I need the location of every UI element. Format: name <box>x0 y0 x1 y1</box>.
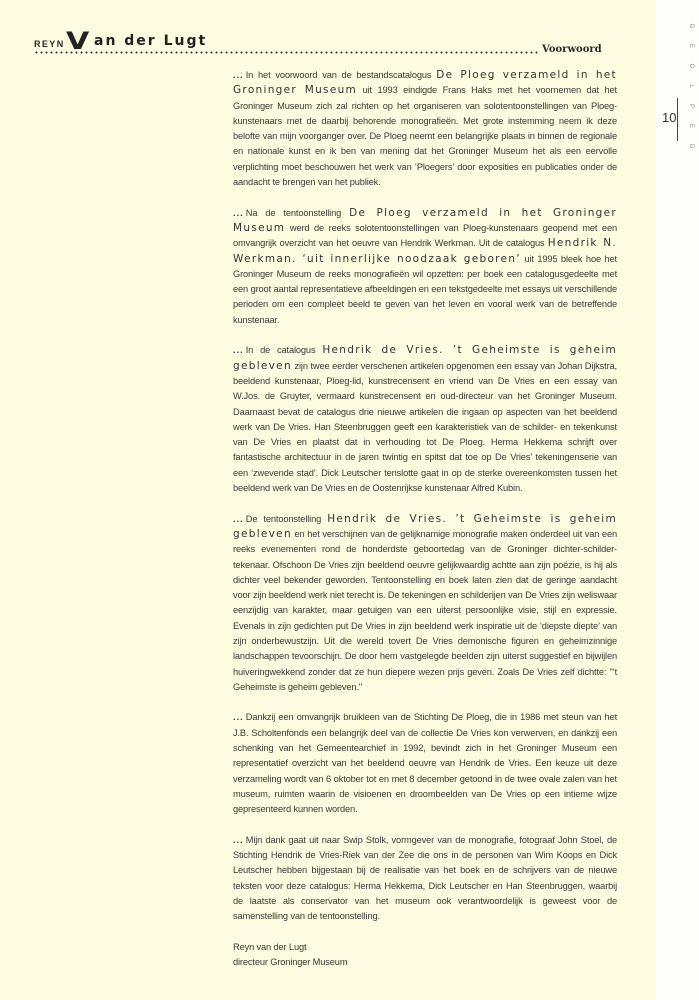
ellipsis-lead: ... <box>233 70 244 80</box>
paragraph: ...In de catalogus Hendrik de Vries. ’t … <box>233 343 617 496</box>
ellipsis-lead: ... <box>233 712 244 722</box>
ellipsis-lead: ... <box>233 208 244 218</box>
author-surname: an der Lugt <box>94 33 207 49</box>
paragraph-list: ...In het voorwoord van de bestandscatal… <box>233 68 617 925</box>
vertical-letter: O <box>674 62 694 70</box>
vertical-letter: E <box>674 42 694 50</box>
author-first-name: REYN <box>34 39 65 49</box>
signature-role: directeur Groninger Museum <box>233 955 617 970</box>
ellipsis-lead: ... <box>233 835 244 845</box>
vertical-letter: D <box>674 142 694 150</box>
paragraph: ...Mijn dank gaat uit naar Swip Stolk, v… <box>233 833 617 925</box>
dotted-leader-line <box>34 51 540 54</box>
paragraph-text: zijn twee eerder verschenen artikelen op… <box>233 361 617 493</box>
paragraph-text: Na de tentoonstelling <box>246 208 349 218</box>
paragraph-text: In het voorwoord van de bestandscatalogu… <box>246 70 436 80</box>
paragraph-text: De tentoonstelling <box>246 514 327 524</box>
paragraph-text: Dankzij een omvangrijk bruikleen van de … <box>233 712 617 814</box>
vertical-running-title: GEOLPED <box>680 16 688 156</box>
paragraph: ...Na de tentoonstelling De Ploeg verzam… <box>233 206 617 328</box>
signature-block: Reyn van der Lugt directeur Groninger Mu… <box>233 940 617 971</box>
vertical-letter: E <box>674 122 694 130</box>
ellipsis-lead: ... <box>233 345 244 355</box>
paragraph-text: In de catalogus <box>246 345 323 355</box>
paragraph-text: Mijn dank gaat uit naar Swip Stolk, vorm… <box>233 835 617 921</box>
paragraph: ...De tentoonstelling Hendrik de Vries. … <box>233 512 617 696</box>
section-title: Voorwoord <box>542 44 602 55</box>
paragraph-text: en het verschijnen van de gelijknamige m… <box>233 529 617 692</box>
paragraph-text: uit 1993 eindigde Frans Haks met het voo… <box>233 85 617 187</box>
paragraph: ...In het voorwoord van de bestandscatal… <box>233 68 617 190</box>
outer-margin <box>656 0 699 1000</box>
paragraph: ...Dankzij een omvangrijk bruikleen van … <box>233 710 617 817</box>
document-page: REYN V an der Lugt Voorwoord ...In het v… <box>0 0 656 1000</box>
vertical-letter: L <box>674 82 694 90</box>
running-header: REYN V an der Lugt Voorwoord <box>34 30 614 58</box>
foreword-body: ...In het voorwoord van de bestandscatal… <box>233 68 617 971</box>
vertical-letter: P <box>674 102 694 110</box>
vertical-letter: G <box>674 22 694 30</box>
signature-name: Reyn van der Lugt <box>233 940 617 955</box>
ellipsis-lead: ... <box>233 514 244 524</box>
